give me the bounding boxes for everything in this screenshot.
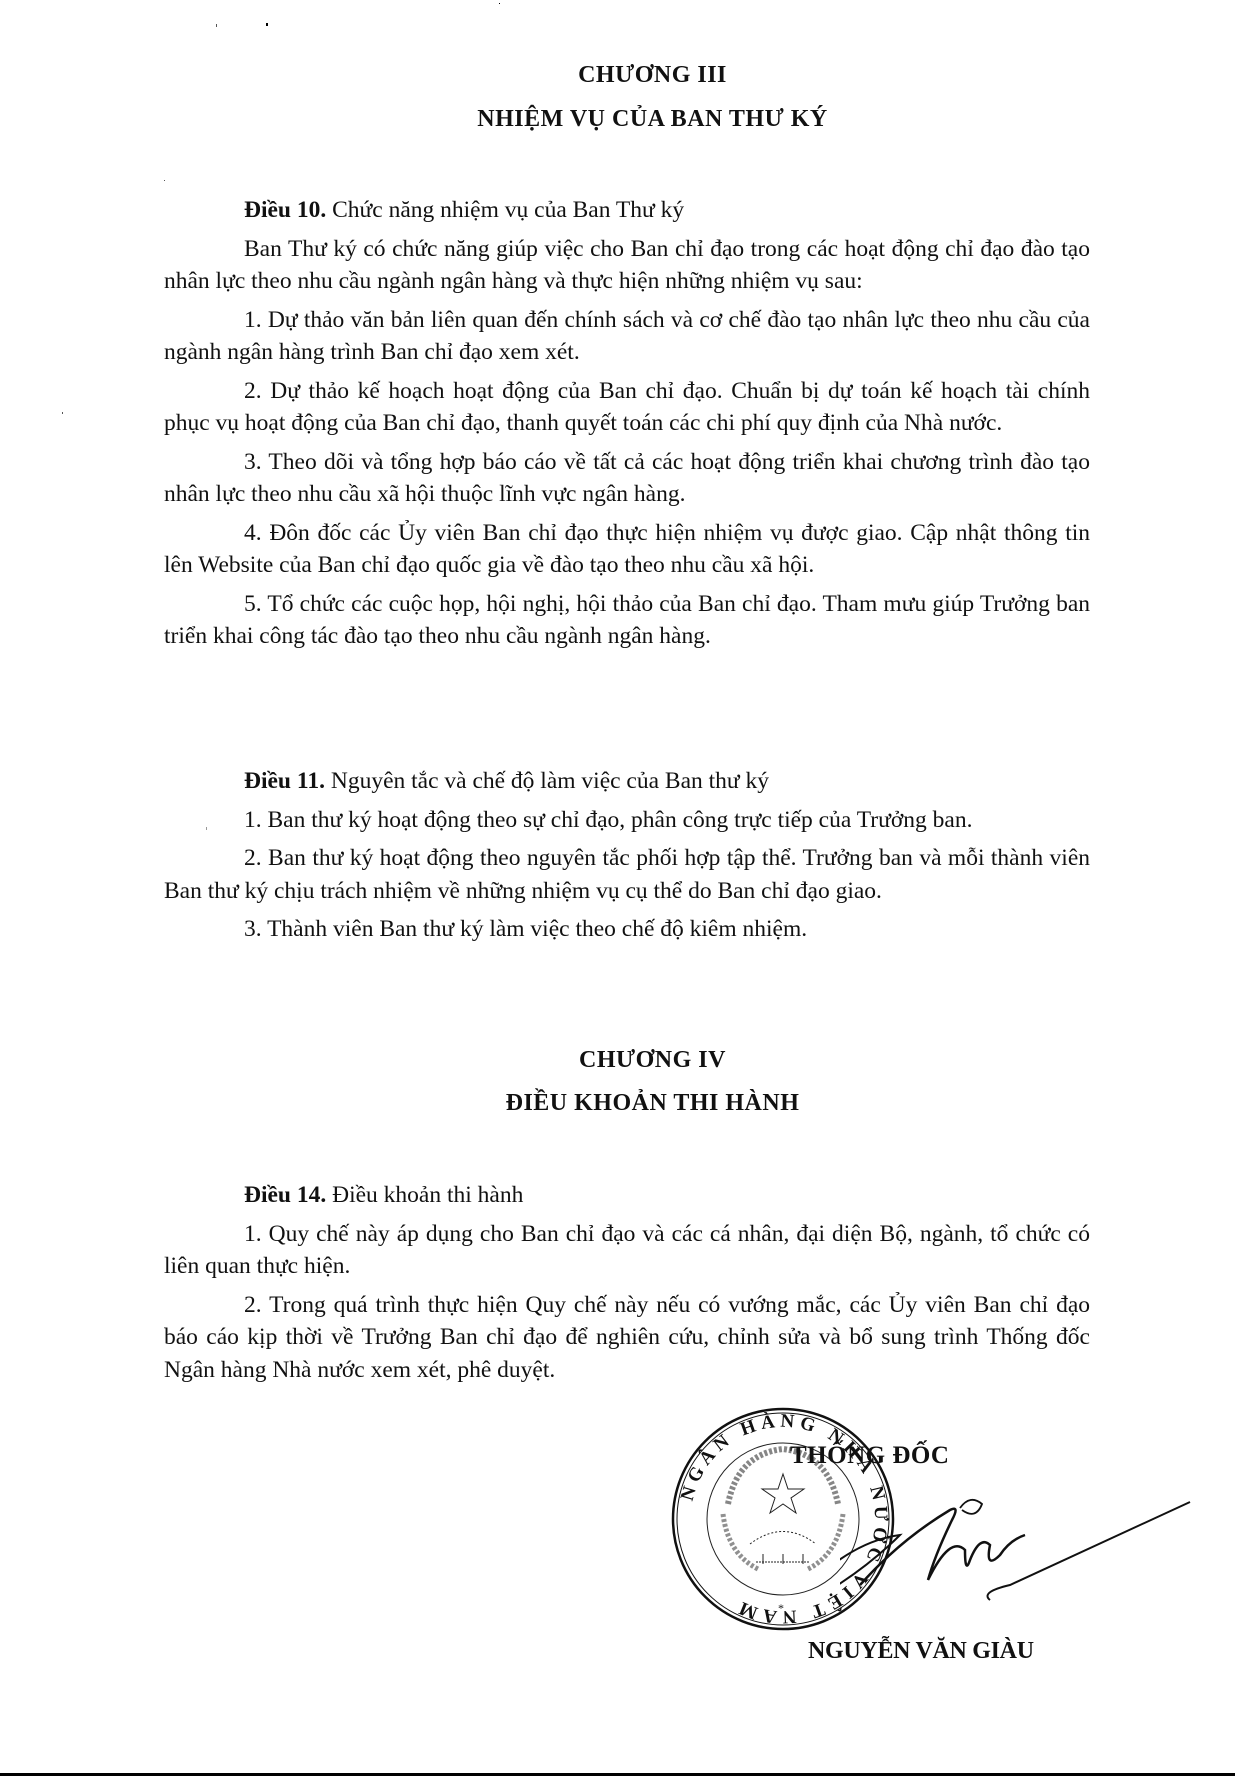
article-10-item-2: 2. Dự thảo kế hoạch hoạt động của Ban ch… [164,375,1090,440]
article-11-item-3: 3. Thành viên Ban thư ký làm việc theo c… [164,913,1090,946]
chapter-4-number: CHƯƠNG IV [0,1047,1235,1074]
page-bottom-border [0,1773,1235,1776]
scan-speck [266,23,268,26]
article-11-item-1: 1. Ban thư ký hoạt động theo sự chỉ đạo,… [164,804,1090,837]
article-10-heading: Điều 10. Chức năng nhiệm vụ của Ban Thư … [164,194,1090,227]
chapter-3-number: CHƯƠNG III [0,62,1235,89]
article-11-heading: Điều 11. Nguyên tắc và chế độ làm việc c… [164,765,1090,798]
article-14-title: Điều khoản thi hành [326,1182,523,1208]
signatory-title: THỐNG ĐỐC [790,1442,949,1470]
scan-speck [62,412,63,414]
article-11: Điều 11. Nguyên tắc và chế độ làm việc c… [164,765,1090,946]
document-page: CHƯƠNG III NHIỆM VỤ CỦA BAN THƯ KÝ Điều … [0,0,1235,1777]
scan-speck [164,180,165,181]
article-14-item-1: 1. Quy chế này áp dụng cho Ban chỉ đạo v… [164,1218,1090,1283]
article-10-item-3: 3. Theo dõi và tổng hợp báo cáo về tất c… [164,446,1090,511]
chapter-4-title: ĐIỀU KHOẢN THI HÀNH [0,1090,1235,1117]
article-10: Điều 10. Chức năng nhiệm vụ của Ban Thư … [164,194,1090,653]
article-14-item-2: 2. Trong quá trình thực hiện Quy chế này… [164,1289,1090,1387]
svg-text:*: * [778,1601,784,1615]
article-14-heading: Điều 14. Điều khoản thi hành [164,1179,1090,1212]
scan-speck [499,3,500,4]
article-10-intro: Ban Thư ký có chức năng giúp việc cho Ba… [164,233,1090,298]
article-14-label: Điều 14. [244,1182,326,1208]
article-10-item-1: 1. Dự thảo văn bản liên quan đến chính s… [164,304,1090,369]
article-11-label: Điều 11. [244,768,325,794]
article-10-label: Điều 10. [244,197,326,223]
article-10-item-5: 5. Tổ chức các cuộc họp, hội nghị, hội t… [164,588,1090,653]
signatory-name: NGUYỄN VĂN GIÀU [808,1638,1034,1665]
article-10-item-4: 4. Đôn đốc các Ủy viên Ban chỉ đạo thực … [164,517,1090,582]
article-10-title: Chức năng nhiệm vụ của Ban Thư ký [326,197,684,223]
scan-speck [216,24,217,27]
handwritten-signature [840,1480,1200,1610]
article-11-title: Nguyên tắc và chế độ làm việc của Ban th… [325,768,769,794]
chapter-3-title: NHIỆM VỤ CỦA BAN THƯ KÝ [0,106,1235,133]
article-14: Điều 14. Điều khoản thi hành 1. Quy chế … [164,1179,1090,1386]
article-11-item-2: 2. Ban thư ký hoạt động theo nguyên tắc … [164,842,1090,907]
